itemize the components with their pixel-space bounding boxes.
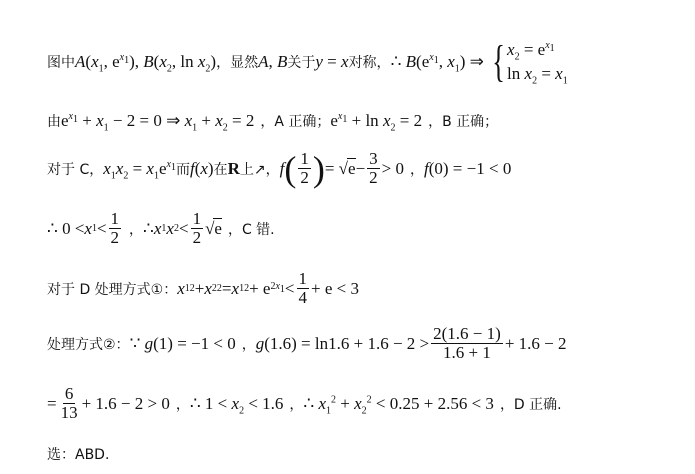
text-you: 由: [47, 111, 61, 131]
text-comma-3: ，: [242, 334, 256, 354]
solution-line-6: 处理方式②： ∵ g(1) = −1 < 0 ， g(1.6) = ln1.6 …: [47, 325, 567, 362]
text-comma-5: ，: [289, 394, 303, 414]
solution-line-1: 图中 A(x1, ex1), B(x2, ln x2) ，显然 A, B 关于 …: [47, 38, 568, 86]
solution-line-2: 由 ex1 + x1 − 2 = 0 ⇒ x1 + x2 = 2 ，A 正确； …: [47, 111, 498, 131]
text-b-correct: ，B 正确；: [428, 111, 498, 131]
solution-line-7: = 613+ 1.6 − 2 > 0 ， ∴ 1 < x2 < 1.6 ， ∴ …: [47, 385, 562, 422]
math-b-eq: ex1 + ln x2 = 2: [330, 111, 422, 131]
math-fraction-result: = 613+ 1.6 − 2 > 0: [47, 385, 170, 422]
text-er: 而: [176, 159, 190, 179]
text-xian-ran: ，显然: [216, 52, 258, 72]
math-f-half: f(12) = √e − 32 > 0: [280, 150, 404, 187]
solution-line-3: 对于 C， x1x2 = x1ex1 而 f(x) 在 R 上↗， f(12) …: [47, 150, 511, 187]
math-method-1: x12 + x22 = x12 + e2x1 < 14 + e < 3: [177, 270, 359, 307]
solution-line-5: 对于 D 处理方式①： x12 + x22 = x12 + e2x1 < 14 …: [47, 270, 359, 307]
math-product: x1x2 = x1ex1: [103, 159, 176, 179]
text-method-2: 处理方式②：: [47, 334, 130, 354]
left-brace-icon: {: [492, 40, 505, 84]
text-guan-yu: 关于: [287, 52, 315, 72]
math-product-bound: ∴ x1x2 < 12√e: [143, 210, 222, 247]
math-x1-range: ∴ 0 < x1 < 12: [47, 210, 123, 247]
math-x2-range: ∴ 1 < x2 < 1.6: [190, 394, 284, 414]
text-method-1: 对于 D 处理方式①：: [47, 279, 177, 299]
solution-answer: 选：ABD.: [47, 444, 109, 464]
math-y-eq-x: y = x: [315, 52, 348, 72]
text-c-wrong: ，C 错.: [228, 219, 275, 239]
solution-line-4: ∴ 0 < x1 < 12 ， ∴ x1x2 < 12√e ，C 错.: [47, 210, 275, 247]
math-f-zero: f(0) = −1 < 0: [424, 159, 511, 179]
math-g16: g(1.6) = ln1.6 + 1.6 − 2 > 2(1.6 − 1)1.6…: [256, 325, 567, 362]
math-squares-bound: ∴ x12 + x22 < 0.25 + 2.56 < 3: [303, 394, 494, 414]
text-dui-yu-c: 对于 C，: [47, 159, 103, 179]
math-b-coords: ∴ B(ex1, x1) ⇒: [391, 52, 484, 72]
math-R: R: [228, 159, 240, 179]
text-dui-cheng: 对称，: [349, 52, 391, 72]
text-comma: ，: [410, 159, 424, 179]
math-g1: ∵ g(1) = −1 < 0: [130, 334, 236, 354]
text-comma-2: ，: [129, 219, 143, 239]
equation-system: { x2 = ex1 ln x2 = x1: [488, 38, 568, 86]
text-answer: 选：ABD.: [47, 444, 109, 464]
system-eq-2: ln x2 = x1: [507, 62, 568, 86]
math-a-b: A, B: [258, 52, 287, 72]
text-tu-zhong: 图中: [47, 52, 75, 72]
text-a-correct: ，A 正确；: [260, 111, 330, 131]
math-sum-eq: ex1 + x1 − 2 = 0 ⇒ x1 + x2 = 2: [61, 111, 254, 131]
text-comma-4: ，: [176, 394, 190, 414]
math-fx: f(x): [190, 159, 214, 179]
text-shang-increasing: 上↗，: [240, 159, 280, 179]
text-d-correct: ，D 正确.: [500, 394, 562, 414]
system-eq-1: x2 = ex1: [507, 38, 568, 62]
text-zai: 在: [214, 159, 228, 179]
math-points-ab: A(x1, ex1), B(x2, ln x2): [75, 52, 216, 72]
